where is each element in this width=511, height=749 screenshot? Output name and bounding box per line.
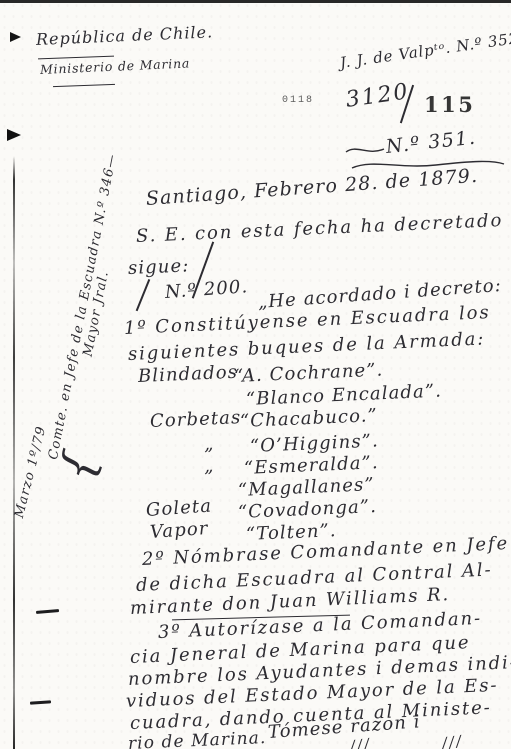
margin-arrow-icon <box>10 32 21 42</box>
received-reference: J. J. de Valpᵗᵒ. N.º 352. <box>339 28 511 72</box>
ship-class-label: Vapor <box>149 518 209 543</box>
scanned-document-page: República de Chile. Ministerio de Marina… <box>0 0 511 749</box>
letterhead-ministry: Ministerio de Marina <box>40 55 191 77</box>
ship-class-label: Blindados <box>138 362 239 387</box>
letterhead-country: República de Chile. <box>36 22 214 49</box>
scan-edge-top <box>0 0 511 3</box>
margin-dash <box>36 609 59 613</box>
archive-stamp-number: 0118 <box>282 95 314 106</box>
margin-brace: { <box>48 443 108 487</box>
ink-hatch-marks: /// <box>349 735 372 749</box>
folio-number-stamp: 115 <box>424 92 475 117</box>
scan-edge-left <box>13 156 15 749</box>
body-line-dateline: Santiago, Febrero 28. de 1879. <box>145 165 479 210</box>
body-line-decree-number: N.º 200. <box>164 276 249 303</box>
ship-class-label: Goleta <box>145 495 213 521</box>
body-line: S. E. con esta fecha ha decretado lo que <box>136 207 511 247</box>
ink-hatch-marks: /// <box>441 732 464 749</box>
ship-name: “A. Cochrane”. <box>234 359 384 387</box>
letterhead-underline <box>53 84 115 87</box>
margin-dash <box>30 700 51 704</box>
ditto-mark: „ <box>204 434 215 455</box>
document-number: N.º 351. <box>385 127 478 158</box>
ink-flourish <box>136 279 150 311</box>
ditto-mark: „ <box>204 456 215 477</box>
ship-class-label: Corbetas <box>150 407 242 432</box>
margin-arrow-icon <box>7 129 21 141</box>
margin-date-note: Marzo 1º/79 <box>12 400 56 520</box>
folio-number-handwritten: 3120 <box>344 79 411 113</box>
body-line: sigue: <box>128 255 190 279</box>
